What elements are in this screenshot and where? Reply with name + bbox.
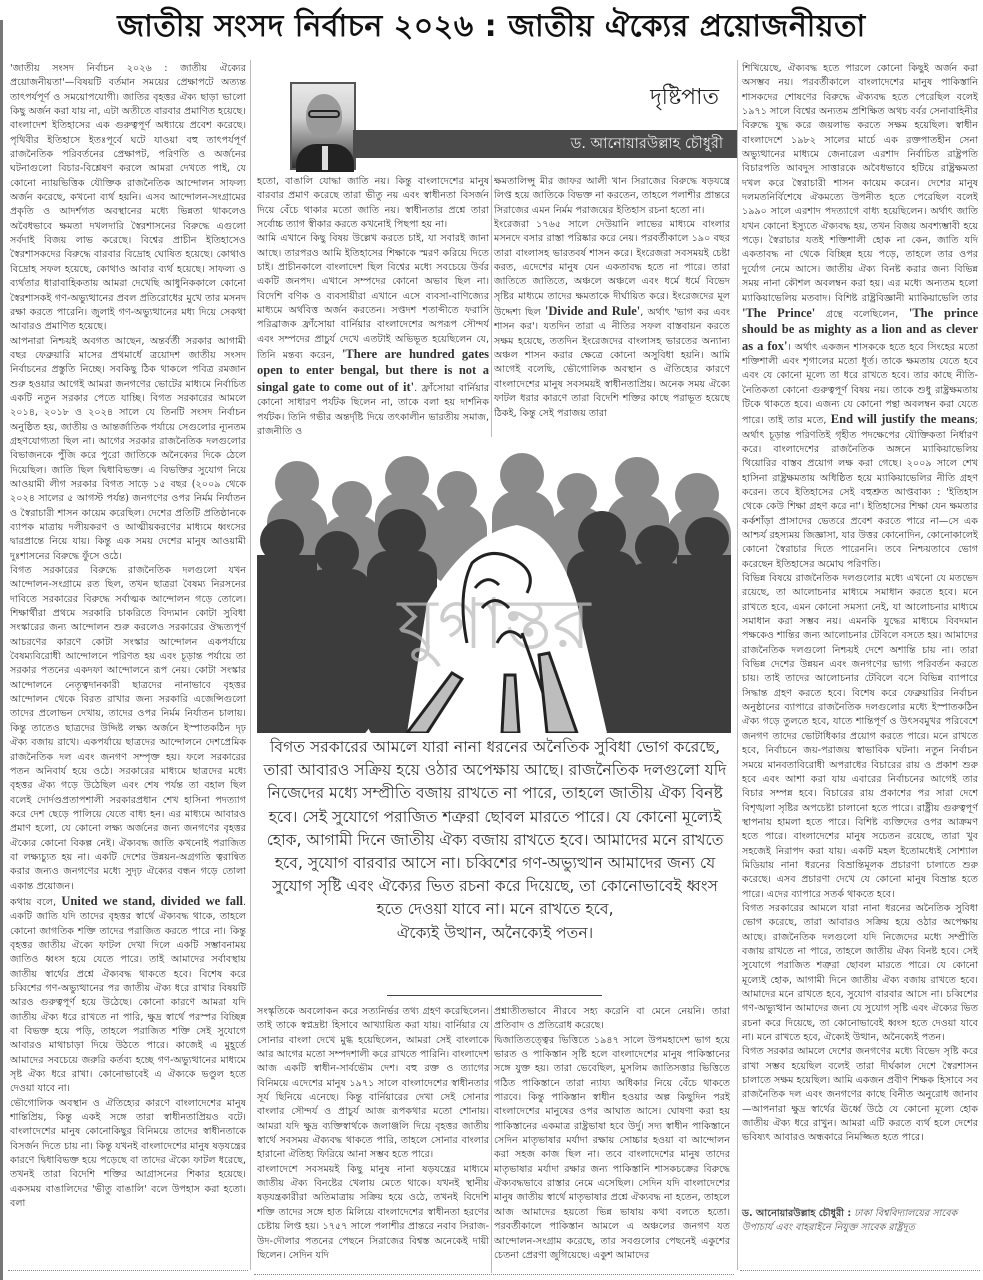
author-note-name: ড. আনোয়ারউল্লাহ চৌধুরী : xyxy=(742,1208,851,1219)
dotted-divider xyxy=(254,1274,734,1275)
pull-quote: বিগত সরকারের আমলে যারা নানা ধরনের অনৈতিক… xyxy=(262,736,728,981)
english-quote: United we stand, divided we fall xyxy=(61,894,243,908)
section-label: দৃষ্টিপাত xyxy=(650,80,719,117)
paragraph: বিগত সরকার আমলে দেশের জনগণের মধ্যে বিভেদ… xyxy=(742,1045,978,1145)
article-column-1: 'জাতীয় সংসদ নির্বাচন ২০২৬ : জাতীয় ঐক্য… xyxy=(10,62,246,1262)
paragraph: ক্ষমতালিপ্সু মীর জাফর আলী খান সিরাজের বি… xyxy=(494,175,730,218)
unity-illustration: যুগান্তর xyxy=(257,443,731,733)
article-column-4: শিখিয়েছে, ঐক্যবদ্ধ হতে পারলে কোনো কিছুই… xyxy=(742,62,978,1209)
article-column-2-bottom: সংস্কৃতিকে অবলোকন করে সত্যনির্ভর তথ্য গ্… xyxy=(257,1005,489,1273)
pull-quote-text: বিগত সরকারের আমলে যারা নানা ধরনের অনৈতিক… xyxy=(264,738,727,918)
english-quote: End will justify the means xyxy=(831,412,975,426)
author-photo-glasses xyxy=(308,110,340,118)
column-divider xyxy=(250,60,251,1270)
column-divider xyxy=(491,1005,492,1273)
paragraph: বিগত সরকারের বিরুদ্ধে রাজনৈতিক দলগুলো যখ… xyxy=(10,564,246,894)
paragraph: ইংরেজরা ১৭৬৫ সালে দেউয়ানি লাভের মাধ্যমে… xyxy=(494,218,730,421)
left-margin-rule xyxy=(0,20,3,1280)
author-photo-tie xyxy=(322,146,328,170)
english-quote: 'The Prince' xyxy=(742,306,815,320)
paragraph: বিগত সরকারের আমলে যারা নানা ধরনের অনৈতিক… xyxy=(742,902,978,1045)
pull-quote-underline xyxy=(387,995,602,996)
paragraph: আমি এখানে কিছু বিষয় উল্লেখ করতে চাই, যা… xyxy=(257,232,489,437)
byline-block: দৃষ্টিপাত ড. আনোয়ারউল্লাহ চৌধুরী xyxy=(257,60,735,172)
crowd-handshake-icon: যুগান্তর xyxy=(257,443,731,733)
svg-text:যুগান্তর: যুগান্তর xyxy=(396,583,592,667)
column-divider xyxy=(491,175,492,437)
article-column-3-top: ক্ষমতালিপ্সু মীর জাফর আলী খান সিরাজের বি… xyxy=(494,175,730,437)
author-name-bar: ড. আনোয়ারউল্লাহ চৌধুরী xyxy=(353,130,737,158)
author-photo xyxy=(290,82,356,170)
paragraph: বাংলাদেশ ইতিহাসের এক গুরুত্বপূর্ণ অধ্যায… xyxy=(10,119,246,334)
paragraph: 'জাতীয় সংসদ নির্বাচন ২০২৬ : জাতীয় ঐক্য… xyxy=(10,62,246,119)
newspaper-page: জাতীয় সংসদ নির্বাচন ২০২৬ : জাতীয় ঐক্যে… xyxy=(0,0,983,1280)
paragraph: শিখিয়েছে, ঐক্যবদ্ধ হতে পারলে কোনো কিছুই… xyxy=(742,62,978,572)
dotted-divider xyxy=(740,1270,980,1271)
paragraph: বিভিন্ন বিষয়ে রাজনৈতিক দলগুলোর মধ্যে এখ… xyxy=(742,572,978,902)
paragraph: ভৌগোলিক অবস্থান ও ঐতিহ্যের কারণে বাংলাদে… xyxy=(10,1097,246,1212)
paragraph: প্রশ্নাতীতভাবে নীরবে সহ্য করেনি বা মেনে … xyxy=(494,1005,730,1034)
article-column-3-bottom: প্রশ্নাতীতভাবে নীরবে সহ্য করেনি বা মেনে … xyxy=(494,1005,730,1273)
paragraph: হতো, বাঙালি যোদ্ধা জাতি নয়। কিন্তু বাংল… xyxy=(257,175,489,232)
article-headline: জাতীয় সংসদ নির্বাচন ২০২৬ : জাতীয় ঐক্যে… xyxy=(0,0,983,54)
author-note: ড. আনোয়ারউল্লাহ চৌধুরী : ঢাকা বিশ্ববিদ্… xyxy=(742,1207,978,1235)
paragraph: দ্বিজাতিতত্ত্বের ভিত্তিতে ১৯৪৭ সালে উপমহ… xyxy=(494,1034,730,1264)
pull-quote-closing-line: ঐক্যেই উত্থান, অনৈক্যেই পতন। xyxy=(397,922,593,945)
paragraph: সংস্কৃতিকে অবলোকন করে সত্যনির্ভর তথ্য গ্… xyxy=(257,1005,489,1163)
column-divider xyxy=(737,60,738,1270)
article-column-2-top: হতো, বাঙালি যোদ্ধা জাতি নয়। কিন্তু বাংল… xyxy=(257,175,489,437)
english-quote: 'Divide and Rule' xyxy=(545,304,640,318)
paragraph: আপনারা নিশ্চয়ই অবগত আছেন, অন্তর্বর্তী স… xyxy=(10,335,246,565)
english-quote: 'There are hundred gates open to enter b… xyxy=(257,347,489,394)
dotted-divider xyxy=(8,1270,248,1271)
paragraph: বাংলাদেশে সবসময়ই কিছু মানুষ নানা ষড়যন্… xyxy=(257,1163,489,1263)
paragraph: কথায় বলে, United we stand, divided we f… xyxy=(10,894,246,1097)
